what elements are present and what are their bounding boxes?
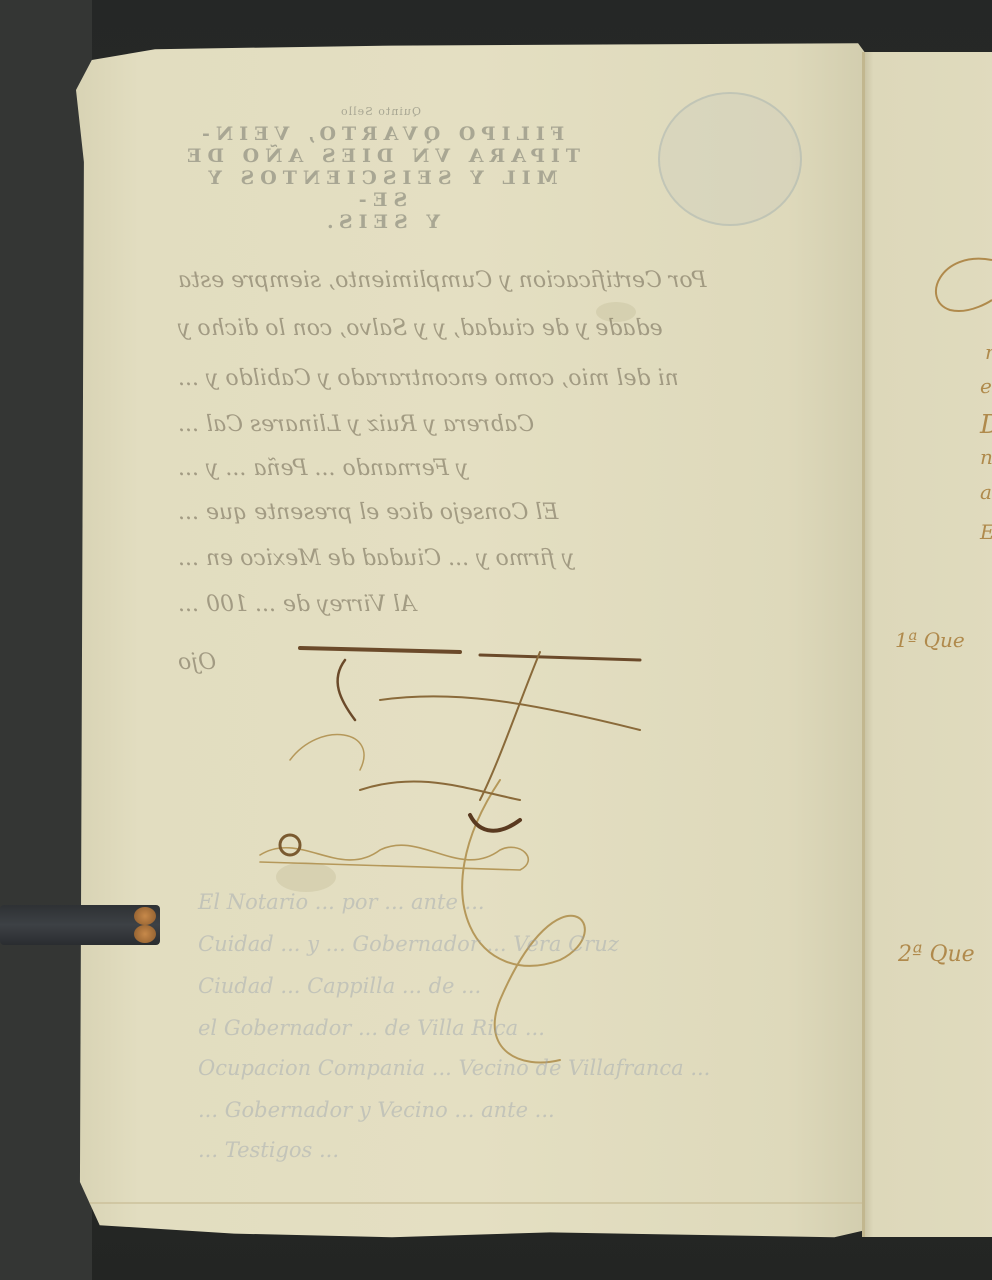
right-heading-2: 2ª Que: [898, 942, 975, 967]
ribbon-knot-icon: [134, 907, 156, 925]
right-fragment: a: [980, 480, 992, 504]
right-fragment: E: [980, 520, 992, 544]
right-fragment: e: [980, 374, 992, 398]
right-fragment: n: [980, 445, 992, 469]
right-heading-1: 1ª Que: [895, 628, 965, 652]
right-fragment: D: [980, 410, 992, 440]
right-page-flourish: [0, 0, 992, 1280]
ribbon-knot-icon: [134, 925, 156, 943]
binding-ribbon: [0, 905, 160, 945]
right-fragment: n: [985, 340, 992, 364]
